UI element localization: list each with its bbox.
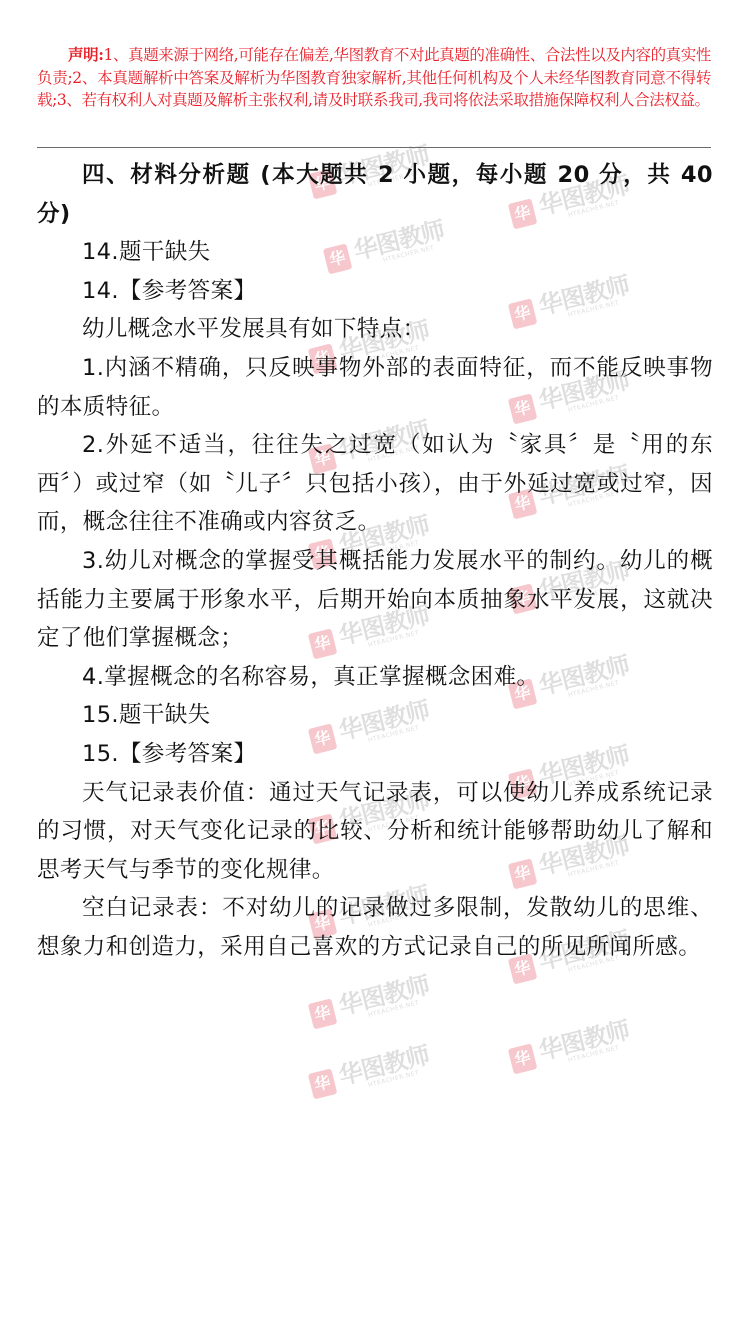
watermark-logo-icon: 华 [508, 1043, 538, 1074]
question-14-stem: 14.题干缺失 [37, 233, 713, 272]
watermark-logo: 华华图教师HTEACHER.NET [506, 1010, 644, 1090]
watermark-logo-icon: 华 [308, 998, 338, 1029]
watermark-logo: 华华图教师HTEACHER.NET [306, 1035, 444, 1115]
document-body: 四、材料分析题 (本大题共 2 小题，每小题 20 分，共 40 分) 14.题… [37, 156, 713, 966]
watermark-logo: 华华图教师HTEACHER.NET [306, 965, 444, 1045]
disclaimer-notice: 声明:1、真题来源于网络,可能存在偏差,华图教育不对此真题的准确性、合法性以及内… [37, 44, 711, 112]
header-divider [37, 147, 711, 148]
answer-14-paragraph: 2.外延不适当，往往失之过宽（如认为〝家具〞是〝用的东西〞）或过窄（如〝儿子〞只… [37, 426, 713, 542]
question-15-stem: 15.题干缺失 [37, 696, 713, 735]
answer-14-paragraph: 4.掌握概念的名称容易，真正掌握概念困难。 [37, 658, 713, 697]
watermark-sub: HTEACHER.NET [567, 1044, 619, 1063]
section-title: 四、材料分析题 (本大题共 2 小题，每小题 20 分，共 40 分) [37, 156, 713, 233]
disclaimer-text: 1、真题来源于网络,可能存在偏差,华图教育不对此真题的准确性、合法性以及内容的真… [37, 46, 711, 109]
watermark-brand: 华图教师 [536, 1016, 632, 1065]
question-14-answer-label: 14.【参考答案】 [37, 272, 713, 311]
answer-15-paragraph: 空白记录表：不对幼儿的记录做过多限制，发散幼儿的思维、想象力和创造力，采用自己喜… [37, 889, 713, 966]
answer-14-paragraph: 1.内涵不精确，只反映事物外部的表面特征，而不能反映事物的本质特征。 [37, 349, 713, 426]
answer-14-paragraph: 幼儿概念水平发展具有如下特点： [37, 310, 713, 349]
watermark-sub: HTEACHER.NET [367, 1069, 419, 1088]
watermark-sub: HTEACHER.NET [367, 999, 419, 1018]
watermark-logo-icon: 华 [308, 1068, 338, 1099]
question-15-answer-label: 15.【参考答案】 [37, 735, 713, 774]
watermark-brand: 华图教师 [336, 1041, 432, 1090]
answer-15-paragraph: 天气记录表价值：通过天气记录表，可以使幼儿养成系统记录的习惯，对天气变化记录的比… [37, 774, 713, 890]
disclaimer-lead: 声明: [68, 45, 104, 64]
answer-14-paragraph: 3.幼儿对概念的掌握受其概括能力发展水平的制约。幼儿的概括能力主要属于形象水平，… [37, 542, 713, 658]
watermark-brand: 华图教师 [336, 971, 432, 1020]
